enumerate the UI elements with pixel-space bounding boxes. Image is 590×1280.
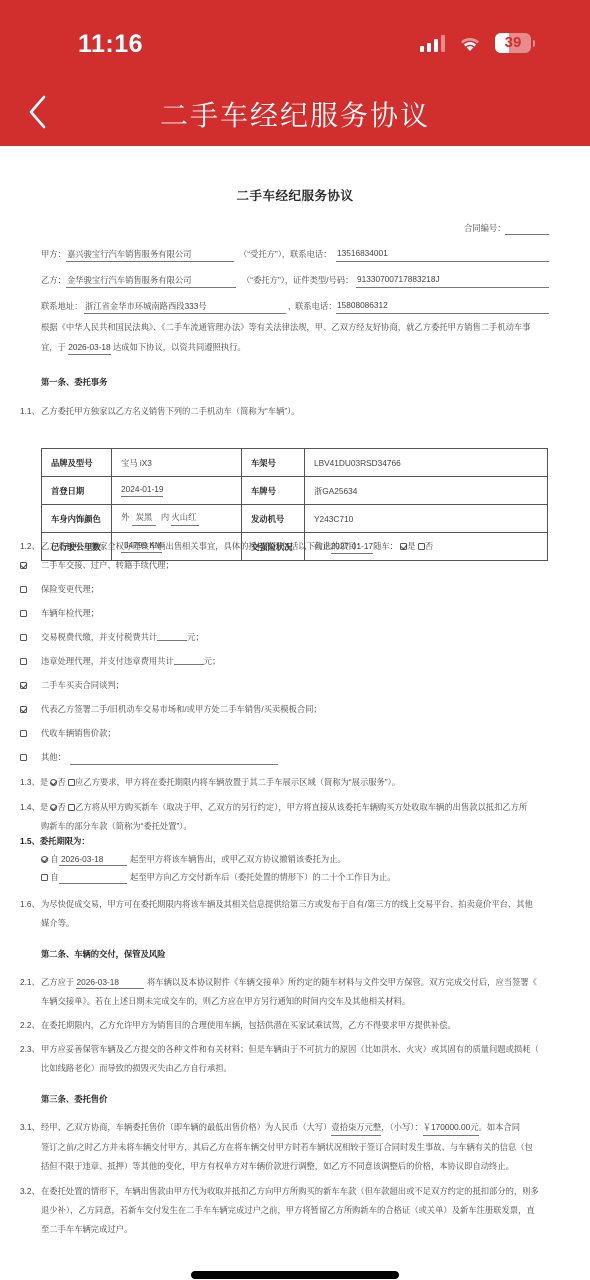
- auth-item-label: 二手车交接、过户、转籍手续代理；: [41, 560, 174, 570]
- party-a-label: 甲方：: [41, 248, 66, 260]
- battery-icon: 39: [495, 33, 531, 53]
- vin-label: 车架号: [242, 449, 305, 477]
- preamble-line-2: 宜，于 2026-03-18 达成如下协议，以资共同遵照执行。: [41, 341, 246, 355]
- page-title: 二手车经纪服务协议: [0, 94, 590, 134]
- clause-1-6-line-2: 媒介等。: [41, 917, 74, 929]
- tax-amount-field[interactable]: [157, 633, 187, 641]
- term-option-2-text: 起至甲方向乙方交付新车后（委托处置的情形下）的二十个工作日为止。: [130, 871, 396, 883]
- auth-item: 违章处理代理，并支付违章费用共计元；: [20, 655, 220, 667]
- yes-label: 是: [407, 541, 415, 551]
- clause-text: 乙方将从甲方购买新车（取决于甲、乙双方的另行约定），甲方将直接从该委托车辆购买方…: [75, 802, 527, 812]
- clause-heading: 委托期限为：: [40, 836, 90, 846]
- clause-1-1-text: 乙方委托甲方独家以乙方名义销售下列的二手机动车（简称为“车辆”）。: [41, 405, 300, 417]
- insurance-suffix: 随车：: [373, 541, 398, 551]
- clause-suffix: 。如本合同: [479, 1122, 521, 1132]
- clause-2-3-line-2: 比如线路老化）而导致的损毁灭失由乙方自行承担。: [41, 1062, 232, 1074]
- clause-1-4-line-2: 购新车的部分车款（简称为“委托处置”）。: [41, 820, 192, 832]
- auth-item: 保险变更代理；: [20, 583, 99, 595]
- clause-1-6-line-1: 为尽快促成交易，甲方可在委托期限内将该车辆及其相关信息提供给第三方或发布于自有/…: [41, 898, 533, 910]
- violation-amount-field[interactable]: [174, 657, 204, 665]
- yes-label: 是: [40, 802, 48, 812]
- clause-mid: ，（小写）：: [381, 1122, 422, 1132]
- auth-item-checkbox[interactable]: [20, 754, 27, 761]
- insurance-yes-checkbox[interactable]: [400, 543, 407, 550]
- clause-3-2-line-1: 在委托处置的情形下，车辆出售款由甲方代为收取并抵扣乙方向甲方所购买的新车车款（但…: [41, 1185, 539, 1197]
- table-row: 车身内饰颜色 外 炭黑 内 火山红 发动机号 Y243C710: [42, 505, 548, 533]
- yes-label: 是: [40, 777, 48, 787]
- exterior-label: 外: [121, 512, 129, 522]
- battery-cap: [533, 40, 535, 47]
- auth-item-checkbox[interactable]: [20, 562, 27, 569]
- clause-1-1-num: 1.1、: [20, 405, 40, 417]
- preamble-suffix: 达成如下协议，以资共同遵照执行。: [113, 342, 246, 352]
- clause-2-1-line-2: 车辆交接单》。若在上述日期未完成交车的，则乙方应在甲方另行通知的时间内交车及其他…: [41, 995, 410, 1007]
- term-option-2-date-field[interactable]: [59, 883, 127, 884]
- clause-2-3-line-1: 甲方应妥善保管车辆及乙方提交的各种文件和有关材料；但是车辆由于不可抗力的原因（比…: [41, 1043, 539, 1055]
- auth-item-checkbox[interactable]: [20, 706, 27, 713]
- clause-3-1-line-2: 签订之前/之时乙方并未将车辆交付甲方，其后乙方在将车辆交付甲方时若车辆状况相较于…: [41, 1141, 533, 1153]
- wifi-icon: [459, 35, 481, 52]
- auth-item-label: 代收车辆销售价款；: [41, 728, 116, 738]
- from-label: 自: [50, 854, 58, 864]
- auth-item-label: 保险变更代理；: [41, 584, 99, 594]
- no-label: 否: [57, 777, 65, 787]
- auth-item-label: 二手车买卖合同谈判；: [41, 680, 124, 690]
- table-row: 首登日期 2024-01-19 车牌号 浙GA25634: [42, 477, 548, 505]
- auth-item-suffix: 元；: [204, 656, 221, 666]
- contract-no-label: 合同编号：: [464, 222, 506, 234]
- party-a-phone-label: 联系电话：: [290, 248, 332, 260]
- brand-value: 宝马 iX3: [112, 449, 242, 477]
- clause-prefix: 经甲、乙双方协商，车辆委托售价（即车辆的最低出售价格）为人民币（大写）: [41, 1122, 331, 1132]
- brand-label: 品牌及型号: [42, 449, 112, 477]
- clause-2-2-text: 在委托期限内，乙方允许甲方为销售目的合理使用车辆，包括供潜在买家试乘试驾，乙方不…: [41, 1019, 456, 1031]
- clause-prefix: 乙方应于: [41, 977, 74, 987]
- delivery-date: 2026-03-18: [77, 977, 119, 987]
- auth-item-label: 代表乙方签署二手/旧机动车交易市场和/或甲方处二手车销售/买卖模板合同；: [41, 704, 322, 714]
- table-row: 品牌及型号 宝马 iX3 车架号 LBV41DU03RSD34766: [42, 449, 548, 477]
- plate-label: 车牌号: [242, 477, 305, 505]
- plate-value: 浙GA25634: [305, 477, 548, 505]
- contract-no-field[interactable]: [505, 234, 549, 235]
- party-a-name: 嘉兴骏宝行汽车销售服务有限公司: [67, 248, 191, 260]
- auth-item: 车辆年检代理；: [20, 607, 99, 619]
- engine-value: Y243C710: [305, 505, 548, 533]
- exterior-color: 炭黑: [132, 511, 157, 526]
- auth-item-label: 违章处理代理，并支付违章费用共计: [41, 656, 174, 666]
- reg-date-label: 首登日期: [42, 477, 112, 505]
- agreement-date: 2026-03-18: [68, 342, 110, 355]
- clause-3-1-num: 3.1、: [20, 1121, 40, 1133]
- auth-item-label: 交易税费代缴，并支付税费共计: [41, 632, 157, 642]
- clause-1-3: 1.3、是 否 应乙方要求，甲方将在委托期限内将车辆放置于其二手车展示区域（简称…: [20, 776, 400, 788]
- term-start-date: 2026-03-18: [61, 854, 103, 864]
- address-label: 联系地址：: [41, 300, 83, 312]
- clause-1-6-num: 1.6、: [20, 898, 40, 910]
- party-a-role: （“受托方”），: [239, 248, 290, 260]
- clause-2-1-num: 2.1、: [20, 976, 40, 988]
- price-in-figures: ￥170000.00元: [423, 1121, 479, 1136]
- auth-item: 其他：: [20, 751, 66, 763]
- auth-item-checkbox[interactable]: [20, 586, 27, 593]
- auth-item-label: 其他：: [41, 752, 66, 762]
- auth-item-checkbox[interactable]: [20, 658, 27, 665]
- clause-3-2-line-2: 退少补），乙方同意，若新车交付发生在二手车车辆完成过户之前，甲方将暂留乙方所购新…: [41, 1204, 535, 1216]
- auth-item-suffix: 元；: [187, 632, 204, 642]
- clause-3-2-line-3: 至二手车车辆完成过户。: [41, 1223, 132, 1235]
- term-option-2-checkbox[interactable]: [41, 874, 48, 881]
- clause-text: 应乙方要求，甲方将在委托期限内将车辆放置于其二手车展示区域（简称为“展示服务”）…: [75, 777, 400, 787]
- address-value: 浙江省金华市环城南路西段333号: [85, 300, 207, 312]
- term-option-2: 自: [41, 871, 59, 883]
- party-b-label: 乙方：: [41, 274, 66, 286]
- auth-item-checkbox[interactable]: [20, 682, 27, 689]
- clause-1-2-text: 乙方委托甲方独家全权办理该车辆出售相关事宜，具体的授权范围包括以下勾选的项目：: [41, 540, 365, 552]
- party-b-id: 91330700717883218J: [357, 274, 440, 284]
- other-field[interactable]: [70, 764, 278, 765]
- engine-label: 发动机号: [242, 505, 305, 533]
- from-label: 自: [50, 872, 58, 882]
- clause-1-4: 1.4、是 否 乙方将从甲方购买新车（取决于甲、乙双方的另行约定），甲方将直接从…: [20, 801, 527, 813]
- price-in-words: 壹拾柒万元整: [331, 1121, 381, 1136]
- auth-item-checkbox[interactable]: [20, 634, 27, 641]
- term-option-1-checkbox[interactable]: [41, 856, 48, 863]
- interior-color: 火山红: [171, 511, 199, 526]
- auth-item-checkbox[interactable]: [20, 730, 27, 737]
- clause-num: 1.5、: [20, 836, 40, 846]
- no-label: 否: [425, 541, 433, 551]
- auth-item-checkbox[interactable]: [20, 610, 27, 617]
- clause-2-1-line-1: 将车辆以及本协议附件《车辆交接单》所约定的随车材料与文件交甲方保管。双方完成交付…: [147, 976, 537, 988]
- auth-item: 交易税费代缴，并支付税费共计元；: [20, 631, 204, 643]
- insurance-no-checkbox[interactable]: [418, 543, 425, 550]
- status-time: 11:16: [78, 30, 143, 59]
- app-header: 11:16 39 二手车经纪服务协议: [0, 0, 590, 146]
- preamble-prefix: 宜，于: [41, 342, 66, 352]
- interior-label: 内: [161, 512, 169, 522]
- address-phone-label: 联系电话：: [295, 300, 337, 312]
- party-b-role: （“委托方”），: [242, 274, 293, 286]
- clause-1-2-num: 1.2、: [20, 540, 40, 552]
- auth-item: 二手车买卖合同谈判；: [20, 679, 124, 691]
- clause-2-3-num: 2.3、: [20, 1043, 40, 1055]
- clause-3-2-num: 3.2、: [20, 1185, 40, 1197]
- party-a-phone: 13516834001: [337, 248, 388, 258]
- reg-date-cell: 2024-01-19: [112, 477, 242, 505]
- party-b-id-label: 证件类型/号码：: [293, 274, 353, 286]
- auth-item: 代收车辆销售价款；: [20, 727, 116, 739]
- cellular-signal-icon: [420, 35, 445, 52]
- term-option-1: 自 2026-03-18: [41, 853, 103, 865]
- article-3-heading: 第三条、委托售价: [41, 1093, 107, 1105]
- no-label: 否: [57, 802, 65, 812]
- color-label: 车身内饰颜色: [42, 505, 112, 533]
- party-b-name: 金华骏宝行汽车销售服务有限公司: [67, 274, 191, 286]
- no-checkbox[interactable]: [68, 804, 75, 811]
- color-cell: 外 炭黑 内 火山红: [112, 505, 242, 533]
- no-checkbox[interactable]: [68, 779, 75, 786]
- status-icons: 39: [420, 33, 535, 53]
- preamble-line-1: 根据《中华人民共和国民法典》、《二手车流通管理办法》等有关法律法规，甲、乙双方经…: [41, 321, 531, 333]
- auth-item: 代表乙方签署二手/旧机动车交易市场和/或甲方处二手车销售/买卖模板合同；: [20, 703, 322, 715]
- clause-1-5-heading: 1.5、委托期限为：: [20, 835, 90, 847]
- home-indicator[interactable]: [191, 1271, 399, 1279]
- document-title: 二手车经纪服务协议: [0, 186, 590, 204]
- address-phone: 15808086312: [337, 300, 388, 310]
- clause-2-1-prefix: 乙方应于 2026-03-18: [41, 976, 119, 988]
- reg-date-value: 2024-01-19: [121, 484, 163, 497]
- clause-2-2-num: 2.2、: [20, 1019, 40, 1031]
- term-option-1-text: 起至甲方将该车辆售出，或甲乙双方协议撤销该委托为止。: [130, 853, 346, 865]
- clause-num: 1.4、: [20, 802, 40, 812]
- article-1-heading: 第一条、委托事务: [41, 376, 107, 388]
- clause-3-1-line-3: 括但不限于违章、抵押）等其他的变化，甲方有权单方对车辆价款进行调整，如乙方不同意…: [41, 1160, 514, 1172]
- auth-item: 二手车交接、过户、转籍手续代理；: [20, 559, 174, 571]
- article-2-heading: 第二条、车辆的交付，保管及风险: [41, 948, 165, 960]
- vin-value: LBV41DU03RSD34766: [305, 449, 548, 477]
- auth-item-label: 车辆年检代理；: [41, 608, 99, 618]
- clause-num: 1.3、: [20, 777, 40, 787]
- clause-3-1-line-1: 经甲、乙双方协商，车辆委托售价（即车辆的最低出售价格）为人民币（大写）壹拾柒万元…: [41, 1121, 520, 1136]
